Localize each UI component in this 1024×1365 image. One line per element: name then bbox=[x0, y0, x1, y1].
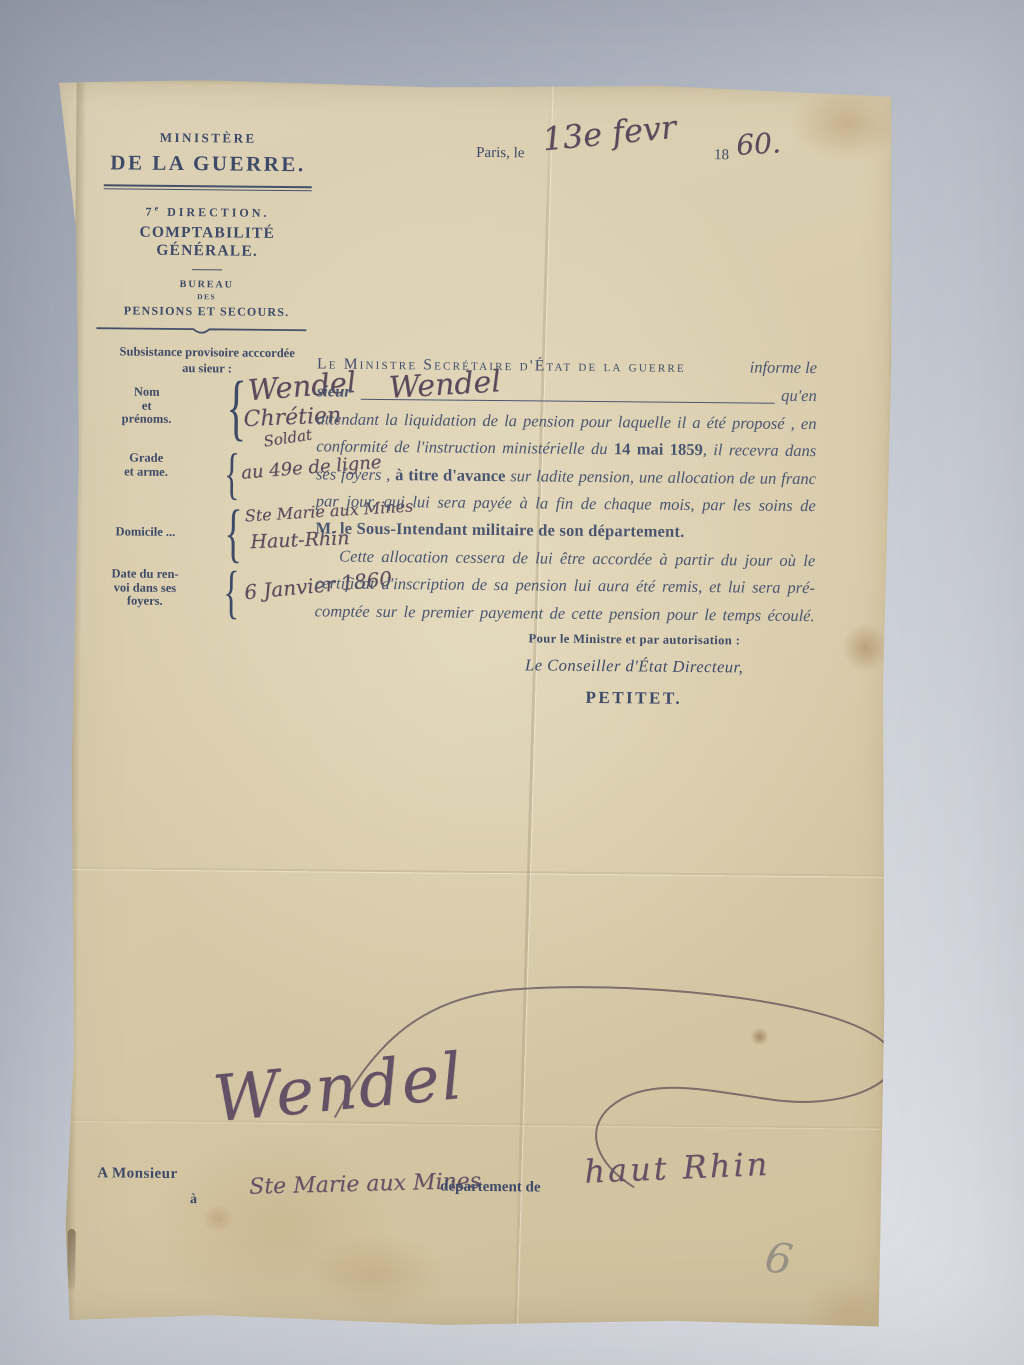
label-line: Grade bbox=[129, 451, 163, 465]
opening-rest: informe le bbox=[750, 353, 818, 381]
ministry-masthead: MINISTÈRE DE LA GUERRE. 7e DIRECTION. CO… bbox=[95, 129, 319, 321]
line-segment: ses foyers , bbox=[316, 464, 395, 484]
dateline-year-handwritten: 60. bbox=[735, 126, 781, 162]
bracket-rule bbox=[95, 325, 307, 339]
label-line: Nom bbox=[134, 385, 160, 399]
bureau-line2: DES bbox=[96, 292, 318, 303]
sieur-label: sieur bbox=[317, 378, 351, 406]
label-line: et arme. bbox=[124, 464, 168, 478]
fill-in-rule: Wendel bbox=[361, 399, 775, 404]
signature-block: Pour le Ministre et par autorisation : L… bbox=[469, 631, 800, 710]
sieur-line: sieur Wendel qu'en bbox=[317, 378, 817, 410]
minister-title: Le Ministre Secrétaire d'État de la guer… bbox=[317, 350, 686, 381]
signer-name: PETITET. bbox=[469, 687, 799, 710]
label-line: Date du ren- bbox=[111, 566, 178, 581]
brace: { bbox=[223, 559, 240, 626]
signature-flourish bbox=[163, 950, 926, 1317]
address-department-handwritten: haut Rhin bbox=[584, 1145, 771, 1191]
ministry-label: MINISTÈRE bbox=[97, 129, 319, 147]
stain bbox=[789, 86, 905, 162]
label-line: voi dans ses bbox=[114, 580, 177, 595]
stain bbox=[842, 622, 888, 672]
body-text: Le Ministre Secrétaire d'État de la guer… bbox=[315, 349, 818, 629]
paper-left-edge-shading bbox=[65, 79, 87, 1325]
direction-number: 7 bbox=[145, 205, 154, 219]
sieur-name-handwritten: Wendel bbox=[388, 369, 501, 403]
authorization-line: Pour le Ministre et par autorisation : bbox=[469, 631, 799, 649]
direction-line: 7e DIRECTION. bbox=[96, 204, 318, 222]
line-segment: , il recevra dans bbox=[703, 440, 817, 460]
dateline-year-printed: 18 bbox=[714, 147, 729, 164]
field-label-nom: Nom et prénoms. bbox=[91, 385, 201, 427]
line-segment: conformité de l'instruction ministériell… bbox=[316, 437, 614, 459]
body-line: conformité de l'instruction ministériell… bbox=[316, 433, 816, 465]
sieur-suffix: qu'en bbox=[781, 382, 817, 410]
label-line: et bbox=[142, 398, 152, 412]
emphasis: à titre d'avance bbox=[395, 465, 505, 485]
date-emphasis: 14 mai 1859 bbox=[614, 439, 703, 459]
label-line: prénoms. bbox=[122, 411, 172, 425]
dateline-handwritten-date: 13e fevr bbox=[541, 108, 678, 159]
body-line: comptée sur le premier payement de cette… bbox=[315, 597, 815, 629]
bureau-line1: BUREAU bbox=[96, 279, 318, 292]
address-to: A Monsieur bbox=[97, 1165, 178, 1183]
label-line: foyers. bbox=[127, 594, 163, 608]
direction-word: DIRECTION. bbox=[167, 205, 269, 220]
dateline-prefix: Paris, le bbox=[476, 145, 524, 162]
form-intro-line2: au sieur : bbox=[182, 361, 232, 375]
horizontal-fold-crease bbox=[47, 867, 887, 877]
line-segment: sur ladite pension, une allocation de un… bbox=[505, 466, 816, 488]
ministry-name: DE LA GUERRE. bbox=[97, 150, 319, 177]
address-at: à bbox=[190, 1192, 197, 1208]
double-rule bbox=[104, 184, 312, 191]
bureau-line3: PENSIONS ET SECOURS. bbox=[95, 304, 317, 321]
body-line: certificat d'inscription de sa pension l… bbox=[315, 570, 815, 602]
direction-ordinal: e bbox=[155, 204, 162, 213]
form-intro-line1: Subsistance provisoire acccordée bbox=[120, 344, 295, 360]
photo-scene: MINISTÈRE DE LA GUERRE. 7e DIRECTION. CO… bbox=[0, 0, 1024, 1365]
document-paper: MINISTÈRE DE LA GUERRE. 7e DIRECTION. CO… bbox=[43, 79, 895, 1333]
field-label-grade: Grade et arme. bbox=[91, 451, 201, 479]
short-rule bbox=[192, 270, 222, 271]
address-department-label: département de bbox=[440, 1179, 541, 1197]
field-label-domicile: Domicile ... bbox=[90, 525, 200, 540]
signer-title: Le Conseiller d'État Directeur, bbox=[469, 655, 799, 678]
field-label-date-renvoi: Date du ren- voi dans ses foyers. bbox=[86, 567, 204, 609]
department-line: COMPTABILITÉ GÉNÉRALE. bbox=[96, 224, 318, 262]
